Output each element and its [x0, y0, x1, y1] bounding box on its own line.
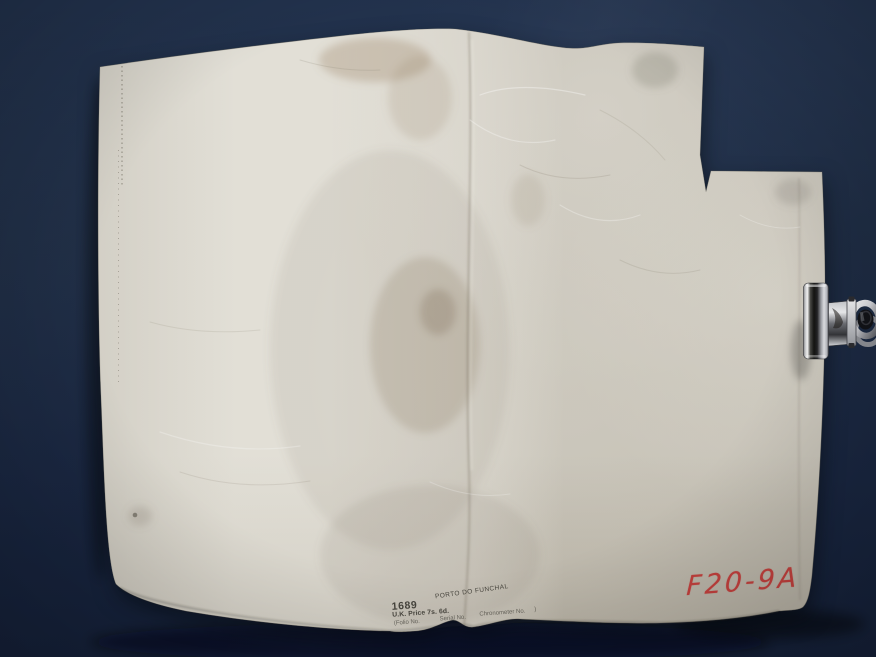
paper-speck	[133, 513, 138, 518]
folio-label: (Folio No.	[394, 619, 420, 627]
bulldog-clip	[791, 283, 876, 380]
chronometer-label: Chronometer No.	[479, 609, 525, 618]
clip-bar-top-highlight	[806, 285, 826, 288]
clip-hinge-knob-bottom	[849, 343, 855, 348]
clip-hinge-knob-top	[849, 297, 855, 302]
folded-chart-paper	[0, 0, 876, 657]
clip-bar	[804, 283, 829, 359]
serial-label: Serial No.	[439, 614, 466, 622]
clip-bar-bottom-highlight	[806, 355, 826, 358]
clip-hinge	[847, 299, 856, 346]
photo-stage: PORTO DO FUNCHAL 1689 U.K. Price 7s. 6d.…	[0, 0, 876, 657]
folded-chart-photo	[0, 0, 876, 657]
paren-close: )	[534, 607, 536, 613]
